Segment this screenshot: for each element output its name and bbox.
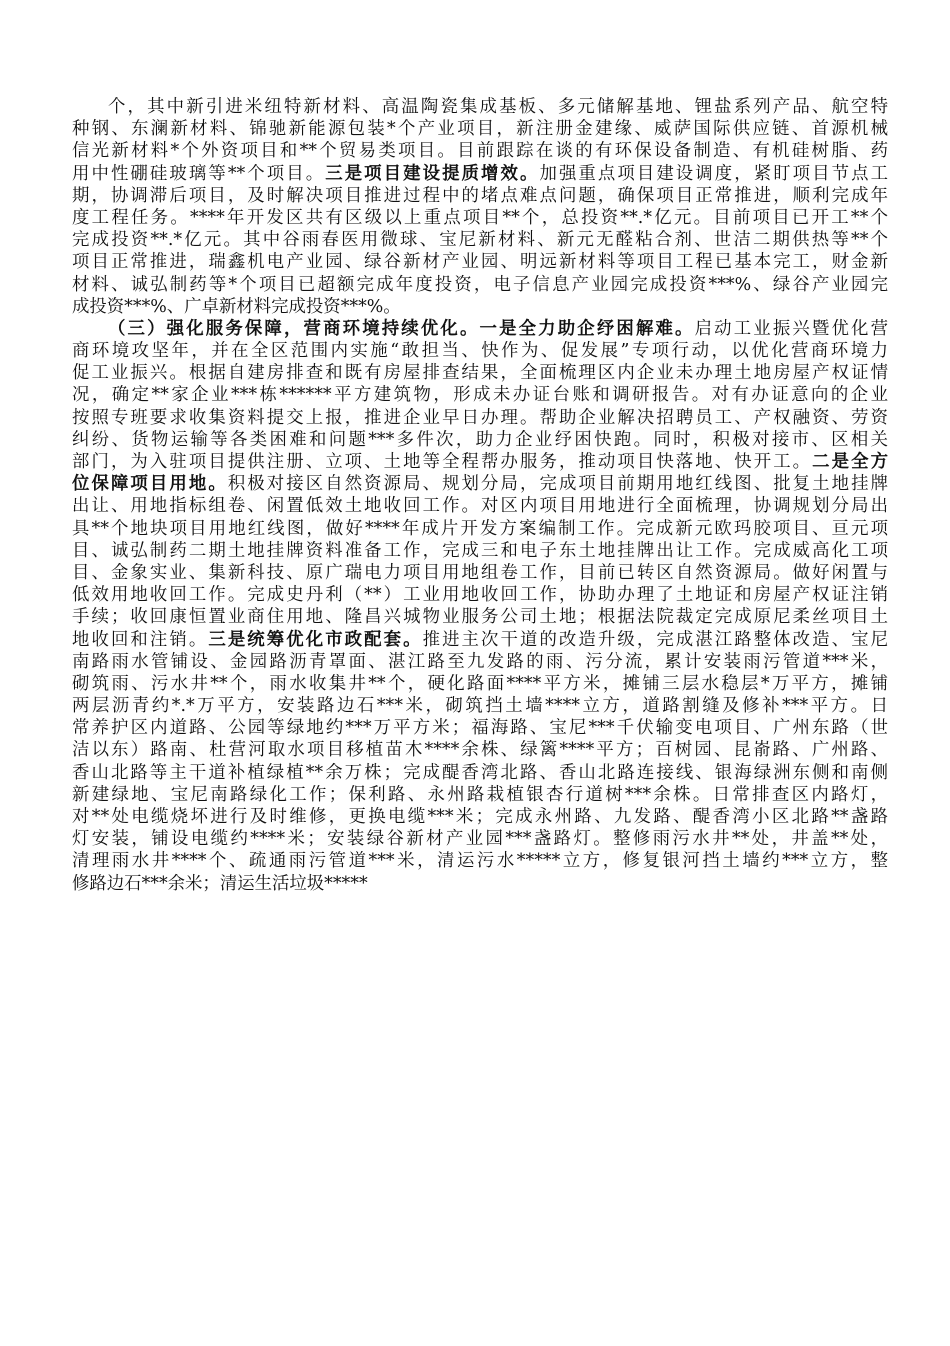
text-line: 个，其中新引进米纽特新材料、高温陶瓷集成基板、多元储解基地、锂盐系列产品、航空特 <box>72 96 888 118</box>
body-text: 砌筑雨、污水井**个，雨水收集井**个，硬化路面****平方米，摊铺三层水稳层*… <box>72 674 888 694</box>
text-line: 对**处电缆烧坏进行及时维修，更换电缆***米；完成永州路、九发路、醍香湾小区北… <box>72 806 888 828</box>
body-text: 信光新材料*个外资项目和**个贸易类项目。目前跟踪在谈的有环保设备制造、有机硅树… <box>72 141 888 161</box>
text-line: 用中性硼硅玻璃等**个项目。三是项目建设提质增效。加强重点项目建设调度，紧盯项目… <box>72 163 888 185</box>
body-text: 出让、用地指标组卷、闲置低效土地收回工作。对区内项目用地进行全面梳理，协调规划分… <box>72 496 888 516</box>
body-text: 部门，为入驻项目提供注册、立项、土地等全程帮办服务，推动项目快落地、快开工。 <box>72 452 812 472</box>
text-line: 成投资***%、广卓新材料完成投资***%。 <box>72 296 888 318</box>
body-text: 期，协调滞后项目，及时解决项目推进过程中的堵点难点问题，确保项目正常推进，顺利完… <box>72 186 888 206</box>
text-line: 洁以东）路南、杜营河取水项目移植苗木****余株、绿篱****平方；百树园、昆嵛… <box>72 739 888 761</box>
bold-heading-text: 二是全方 <box>812 452 888 472</box>
text-line: 灯安装，铺设电缆约****米；安装绿谷新材产业园***盏路灯。整修雨污水井**处… <box>72 828 888 850</box>
text-line: 两层沥青约*.*万平方，安装路边石***米，砌筑挡土墙****立方，道路割缝及修… <box>72 695 888 717</box>
body-text: 启动工业振兴暨优化营 <box>695 319 888 339</box>
text-line: 目、诚弘制药二期土地挂牌资料准备工作，完成三和电子东土地挂牌出让工作。完成威高化… <box>72 540 888 562</box>
text-line: 位保障项目用地。积极对接区自然资源局、规划分局，完成项目前期用地红线图、批复土地… <box>72 473 888 495</box>
body-text: 个，其中新引进米纽特新材料、高温陶瓷集成基板、多元储解基地、锂盐系列产品、航空特 <box>108 97 888 117</box>
body-text: 灯安装，铺设电缆约****米；安装绿谷新材产业园***盏路灯。整修雨污水井**处… <box>72 829 888 849</box>
text-line: 清理雨水井****个、疏通雨污管道***米，清运污水*****立方，修复银河挡土… <box>72 850 888 872</box>
document-body: 个，其中新引进米纽特新材料、高温陶瓷集成基板、多元储解基地、锂盐系列产品、航空特… <box>72 96 888 895</box>
text-line: 低效用地收回工作。完成史丹利（**）工业用地收回工作，协助办理了土地证和房屋产权… <box>72 584 888 606</box>
text-line: 地收回和注销。三是统筹优化市政配套。推进主次干道的改造升级，完成湛江路整体改造、… <box>72 629 888 651</box>
body-text: 修路边石***余米；清运生活垃圾***** <box>72 874 368 894</box>
text-line: 新建绿地、宝尼南路绿化工作；保利路、永州路栽植银杏行道树***余株。日常排查区内… <box>72 784 888 806</box>
text-line: 况，确定**家企业***栋******平方建筑物，形成未办证台账和调研报告。对有… <box>72 384 888 406</box>
text-line: 具**个地块项目用地红线图，做好****年成片开发方案编制工作。完成新元欧玛胶项… <box>72 518 888 540</box>
text-line: 促工业振兴。根据自建房排查和既有房屋排查结果，全面梳理区内企业未办理土地房屋产权… <box>72 362 888 384</box>
text-line: 期，协调滞后项目，及时解决项目推进过程中的堵点难点问题，确保项目正常推进，顺利完… <box>72 185 888 207</box>
body-text: 南路雨水管铺设、金园路沥青罩面、湛江路至九发路的雨、污分流，累计安装雨污管道**… <box>72 652 888 672</box>
text-line: 纠纷、货物运输等各类困难和问题***多件次，助力企业纾困快跑。同时，积极对接市、… <box>72 429 888 451</box>
body-text: 加强重点项目建设调度，紧盯项目节点工 <box>539 164 888 184</box>
bold-heading-text: 三是项目建设提质增效。 <box>325 164 539 184</box>
body-text: 手续；收回康恒置业商住用地、隆昌兴城物业服务公司土地；根据法院裁定完成原尼柔丝项… <box>72 607 888 627</box>
body-text: 目、诚弘制药二期土地挂牌资料准备工作，完成三和电子东土地挂牌出让工作。完成威高化… <box>72 541 888 561</box>
body-text: 具**个地块项目用地红线图，做好****年成片开发方案编制工作。完成新元欧玛胶项… <box>72 519 888 539</box>
text-line: （三）强化服务保障，营商环境持续优化。一是全力助企纾困解难。启动工业振兴暨优化营 <box>72 318 888 340</box>
text-line: 按照专班要求收集资料提交上报，推进企业早日办理。帮助企业解决招聘员工、产权融资、… <box>72 407 888 429</box>
text-line: 部门，为入驻项目提供注册、立项、土地等全程帮办服务，推动项目快落地、快开工。二是… <box>72 451 888 473</box>
text-line: 砌筑雨、污水井**个，雨水收集井**个，硬化路面****平方米，摊铺三层水稳层*… <box>72 673 888 695</box>
body-text: 新建绿地、宝尼南路绿化工作；保利路、永州路栽植银杏行道树***余株。日常排查区内… <box>72 785 888 805</box>
body-text: 成投资***%、广卓新材料完成投资***%。 <box>72 297 401 317</box>
text-line: 项目正常推进，瑞鑫机电产业园、绿谷新材产业园、明远新材料等项目工程已基本完工，财… <box>72 251 888 273</box>
bold-heading-text: 位保障项目用地。 <box>72 474 228 494</box>
body-text: 况，确定**家企业***栋******平方建筑物，形成未办证台账和调研报告。对有… <box>72 385 888 405</box>
body-text: 促工业振兴。根据自建房排查和既有房屋排查结果，全面梳理区内企业未办理土地房屋产权… <box>72 363 888 383</box>
body-text: 积极对接区自然资源局、规划分局，完成项目前期用地红线图、批复土地挂牌 <box>228 474 888 494</box>
text-line: 种钢、东澜新材料、锦驰新能源包装*个产业项目，新注册金建缘、威萨国际供应链、首源… <box>72 118 888 140</box>
body-text: 目、金象实业、集新科技、原广瑞电力项目用地组卷工作，目前已转区自然资源局。做好闲… <box>72 563 888 583</box>
body-text: 商环境攻坚年，并在全区范围内实施“敢担当、快作为、促发展”专项行动，以优化营商环… <box>72 341 888 361</box>
body-text: 低效用地收回工作。完成史丹利（**）工业用地收回工作，协助办理了土地证和房屋产权… <box>72 585 888 605</box>
text-line: 出让、用地指标组卷、闲置低效土地收回工作。对区内项目用地进行全面梳理，协调规划分… <box>72 495 888 517</box>
bold-heading-text: 三是统筹优化市政配套。 <box>208 630 422 650</box>
body-text: 项目正常推进，瑞鑫机电产业园、绿谷新材产业园、明远新材料等项目工程已基本完工，财… <box>72 252 888 272</box>
body-text: 清理雨水井****个、疏通雨污管道***米，清运污水*****立方，修复银河挡土… <box>72 851 888 871</box>
text-line: 香山北路等主干道补植绿植**余万株；完成醍香湾北路、香山北路连接线、银海绿洲东侧… <box>72 762 888 784</box>
body-text: 地收回和注销。 <box>72 630 208 650</box>
text-line: 修路边石***余米；清运生活垃圾***** <box>72 873 888 895</box>
text-line: 信光新材料*个外资项目和**个贸易类项目。目前跟踪在谈的有环保设备制造、有机硅树… <box>72 140 888 162</box>
text-line: 常养护区内道路、公园等绿地约***万平方米；福海路、宝尼***千伏输变电项目、广… <box>72 717 888 739</box>
body-text: 纠纷、货物运输等各类困难和问题***多件次，助力企业纾困快跑。同时，积极对接市、… <box>72 430 888 450</box>
body-text: 按照专班要求收集资料提交上报，推进企业早日办理。帮助企业解决招聘员工、产权融资、… <box>72 408 888 428</box>
body-text: 用中性硼硅玻璃等**个项目。 <box>72 164 325 184</box>
body-text: 种钢、东澜新材料、锦驰新能源包装*个产业项目，新注册金建缘、威萨国际供应链、首源… <box>72 119 888 139</box>
body-text: 常养护区内道路、公园等绿地约***万平方米；福海路、宝尼***千伏输变电项目、广… <box>72 718 888 738</box>
body-text: 对**处电缆烧坏进行及时维修，更换电缆***米；完成永州路、九发路、醍香湾小区北… <box>72 807 888 827</box>
text-line: 度工程任务。****年开发区共有区级以上重点项目**个，总投资**.*亿元。目前… <box>72 207 888 229</box>
text-line: 完成投资**.*亿元。其中谷雨春医用微球、宝尼新材料、新元无醛粘合剂、世洁二期供… <box>72 229 888 251</box>
document-page: 个，其中新引进米纽特新材料、高温陶瓷集成基板、多元储解基地、锂盐系列产品、航空特… <box>0 0 950 1346</box>
text-line: 材料、诚弘制药等*个项目已超额完成年度投资，电子信息产业园完成投资***%、绿谷… <box>72 274 888 296</box>
text-line: 目、金象实业、集新科技、原广瑞电力项目用地组卷工作，目前已转区自然资源局。做好闲… <box>72 562 888 584</box>
text-line: 商环境攻坚年，并在全区范围内实施“敢担当、快作为、促发展”专项行动，以优化营商环… <box>72 340 888 362</box>
body-text: 推进主次干道的改造升级，完成湛江路整体改造、宝尼 <box>423 630 888 650</box>
body-text: 洁以东）路南、杜营河取水项目移植苗木****余株、绿篱****平方；百树园、昆嵛… <box>72 740 888 760</box>
body-text: 两层沥青约*.*万平方，安装路边石***米，砌筑挡土墙****立方，道路割缝及修… <box>72 696 888 716</box>
bold-heading-text: （三）强化服务保障，营商环境持续优化。一是全力助企纾困解难。 <box>108 319 695 339</box>
body-text: 材料、诚弘制药等*个项目已超额完成年度投资，电子信息产业园完成投资***%、绿谷… <box>72 275 888 295</box>
body-text: 度工程任务。****年开发区共有区级以上重点项目**个，总投资**.*亿元。目前… <box>72 208 888 228</box>
body-text: 完成投资**.*亿元。其中谷雨春医用微球、宝尼新材料、新元无醛粘合剂、世洁二期供… <box>72 230 888 250</box>
text-line: 南路雨水管铺设、金园路沥青罩面、湛江路至九发路的雨、污分流，累计安装雨污管道**… <box>72 651 888 673</box>
text-line: 手续；收回康恒置业商住用地、隆昌兴城物业服务公司土地；根据法院裁定完成原尼柔丝项… <box>72 606 888 628</box>
body-text: 香山北路等主干道补植绿植**余万株；完成醍香湾北路、香山北路连接线、银海绿洲东侧… <box>72 763 888 783</box>
